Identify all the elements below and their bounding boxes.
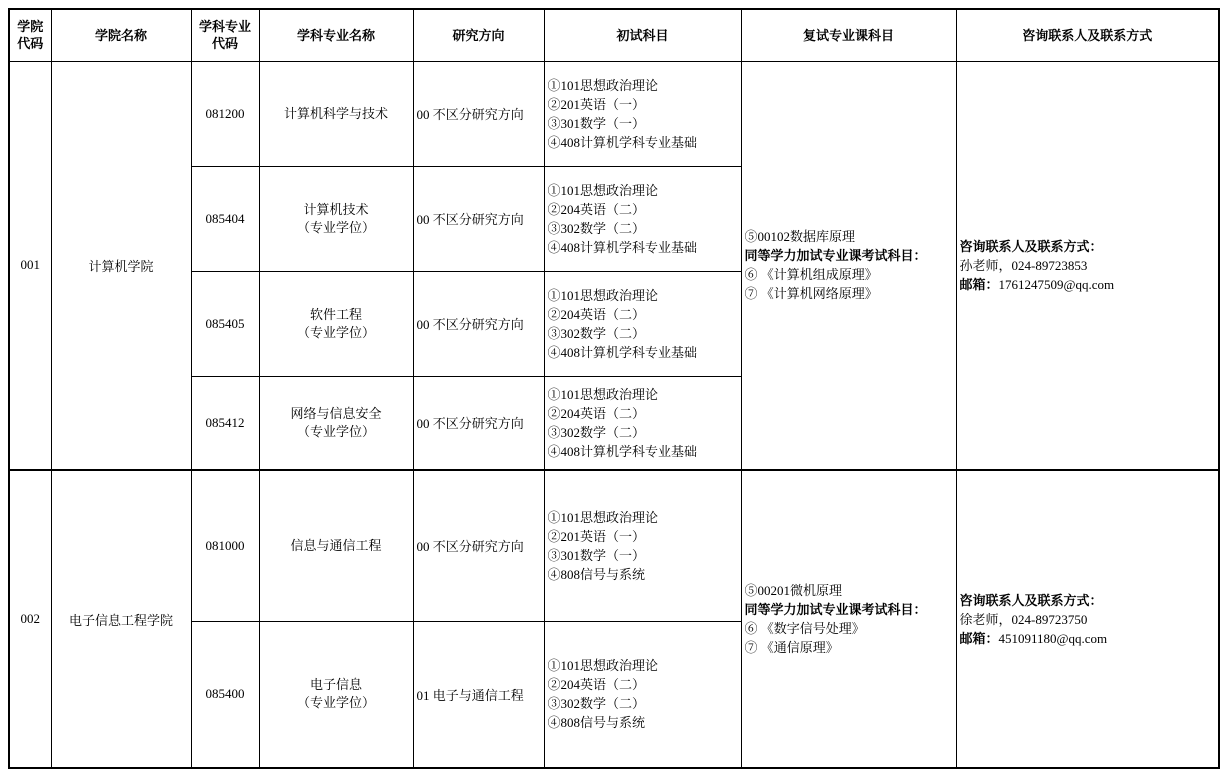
research-direction-cell: 00 不区分研究方向	[413, 61, 544, 166]
subject-line: ③302数学（二）	[548, 219, 738, 238]
research-direction-cell: 01 电子与通信工程	[413, 621, 544, 768]
initial-subjects-cell: ①101思想政治理论 ②204英语（二） ③302数学（二） ④408计算机学科…	[544, 376, 741, 470]
header-major-code: 学科专业 代码	[191, 9, 259, 61]
header-major-name: 学科专业名称	[259, 9, 413, 61]
contact-person: 孙老师，024-89723853	[960, 256, 1216, 275]
initial-subjects-cell: ①101思想政治理论 ②201英语（一） ③301数学（一） ④408计算机学科…	[544, 61, 741, 166]
header-contact: 咨询联系人及联系方式	[956, 9, 1219, 61]
major-name-cell: 计算机技术 （专业学位）	[259, 166, 413, 271]
major-code-cell: 085400	[191, 621, 259, 768]
contact-email: 邮箱：1761247509@qq.com	[960, 275, 1216, 294]
header-research-direction: 研究方向	[413, 9, 544, 61]
subject-line: ③301数学（一）	[548, 114, 738, 133]
document-page: 学院 代码 学院名称 学科专业 代码 学科专业名称 研究方向 初试科目 复试专业…	[0, 0, 1221, 775]
college-code-cell: 001	[9, 61, 51, 470]
major-code-cell: 081000	[191, 470, 259, 621]
email-address: 1761247509@qq.com	[999, 277, 1115, 292]
subject-line: ③302数学（二）	[548, 423, 738, 442]
subject-line: ④408计算机学科专业基础	[548, 343, 738, 362]
admissions-table: 学院 代码 学院名称 学科专业 代码 学科专业名称 研究方向 初试科目 复试专业…	[8, 8, 1220, 769]
contact-heading: 咨询联系人及联系方式：	[960, 591, 1216, 610]
header-retest-subjects: 复试专业课科目	[741, 9, 956, 61]
retest-heading: 同等学力加试专业课考试科目：	[745, 246, 953, 265]
retest-line: ⑤00201微机原理	[745, 581, 953, 600]
email-address: 451091180@qq.com	[999, 631, 1108, 646]
header-initial-exam-subjects: 初试科目	[544, 9, 741, 61]
header-college-code: 学院 代码	[9, 9, 51, 61]
retest-line: ⑥ 《计算机组成原理》	[745, 265, 953, 284]
research-direction-cell: 00 不区分研究方向	[413, 376, 544, 470]
subject-line: ①101思想政治理论	[548, 286, 738, 305]
retest-subjects-cell: ⑤00201微机原理 同等学力加试专业课考试科目： ⑥ 《数字信号处理》 ⑦ 《…	[741, 470, 956, 768]
major-code-cell: 085404	[191, 166, 259, 271]
header-row: 学院 代码 学院名称 学科专业 代码 学科专业名称 研究方向 初试科目 复试专业…	[9, 9, 1219, 61]
contact-person: 徐老师，024-89723750	[960, 610, 1216, 629]
email-label: 邮箱：	[960, 277, 999, 292]
email-label: 邮箱：	[960, 631, 999, 646]
retest-line: ⑥ 《数字信号处理》	[745, 619, 953, 638]
retest-line: ⑦ 《通信原理》	[745, 638, 953, 657]
major-name-cell: 软件工程 （专业学位）	[259, 271, 413, 376]
subject-line: ②204英语（二）	[548, 675, 738, 694]
subject-line: ④808信号与系统	[548, 565, 738, 584]
subject-line: ④808信号与系统	[548, 713, 738, 732]
subject-line: ③302数学（二）	[548, 694, 738, 713]
college-code-cell: 002	[9, 470, 51, 768]
subject-line: ①101思想政治理论	[548, 385, 738, 404]
subject-line: ②201英语（一）	[548, 95, 738, 114]
table-row: 001 计算机学院 081200 计算机科学与技术 00 不区分研究方向 ①10…	[9, 61, 1219, 166]
subject-line: ②201英语（一）	[548, 527, 738, 546]
subject-line: ②204英语（二）	[548, 305, 738, 324]
subject-line: ④408计算机学科专业基础	[548, 238, 738, 257]
major-name-cell: 计算机科学与技术	[259, 61, 413, 166]
subject-line: ②204英语（二）	[548, 404, 738, 423]
research-direction-cell: 00 不区分研究方向	[413, 470, 544, 621]
subject-line: ①101思想政治理论	[548, 508, 738, 527]
header-college-name: 学院名称	[51, 9, 191, 61]
subject-line: ③302数学（二）	[548, 324, 738, 343]
contact-cell: 咨询联系人及联系方式： 孙老师，024-89723853 邮箱：17612475…	[956, 61, 1219, 470]
subject-line: ①101思想政治理论	[548, 76, 738, 95]
subject-line: ②204英语（二）	[548, 200, 738, 219]
subject-line: ①101思想政治理论	[548, 656, 738, 675]
contact-email: 邮箱：451091180@qq.com	[960, 629, 1216, 648]
contact-heading: 咨询联系人及联系方式：	[960, 237, 1216, 256]
major-code-cell: 081200	[191, 61, 259, 166]
major-code-cell: 085412	[191, 376, 259, 470]
initial-subjects-cell: ①101思想政治理论 ②204英语（二） ③302数学（二） ④808信号与系统	[544, 621, 741, 768]
table-row: 002 电子信息工程学院 081000 信息与通信工程 00 不区分研究方向 ①…	[9, 470, 1219, 621]
subject-line: ④408计算机学科专业基础	[548, 133, 738, 152]
subject-line: ①101思想政治理论	[548, 181, 738, 200]
initial-subjects-cell: ①101思想政治理论 ②204英语（二） ③302数学（二） ④408计算机学科…	[544, 166, 741, 271]
subject-line: ③301数学（一）	[548, 546, 738, 565]
subject-line: ④408计算机学科专业基础	[548, 442, 738, 461]
major-name-cell: 电子信息 （专业学位）	[259, 621, 413, 768]
research-direction-cell: 00 不区分研究方向	[413, 271, 544, 376]
major-name-cell: 信息与通信工程	[259, 470, 413, 621]
major-code-cell: 085405	[191, 271, 259, 376]
retest-line: ⑤00102数据库原理	[745, 227, 953, 246]
initial-subjects-cell: ①101思想政治理论 ②204英语（二） ③302数学（二） ④408计算机学科…	[544, 271, 741, 376]
contact-cell: 咨询联系人及联系方式： 徐老师，024-89723750 邮箱：45109118…	[956, 470, 1219, 768]
college-name-cell: 电子信息工程学院	[51, 470, 191, 768]
research-direction-cell: 00 不区分研究方向	[413, 166, 544, 271]
retest-subjects-cell: ⑤00102数据库原理 同等学力加试专业课考试科目： ⑥ 《计算机组成原理》 ⑦…	[741, 61, 956, 470]
college-name-cell: 计算机学院	[51, 61, 191, 470]
retest-heading: 同等学力加试专业课考试科目：	[745, 600, 953, 619]
major-name-cell: 网络与信息安全 （专业学位）	[259, 376, 413, 470]
initial-subjects-cell: ①101思想政治理论 ②201英语（一） ③301数学（一） ④808信号与系统	[544, 470, 741, 621]
retest-line: ⑦ 《计算机网络原理》	[745, 284, 953, 303]
